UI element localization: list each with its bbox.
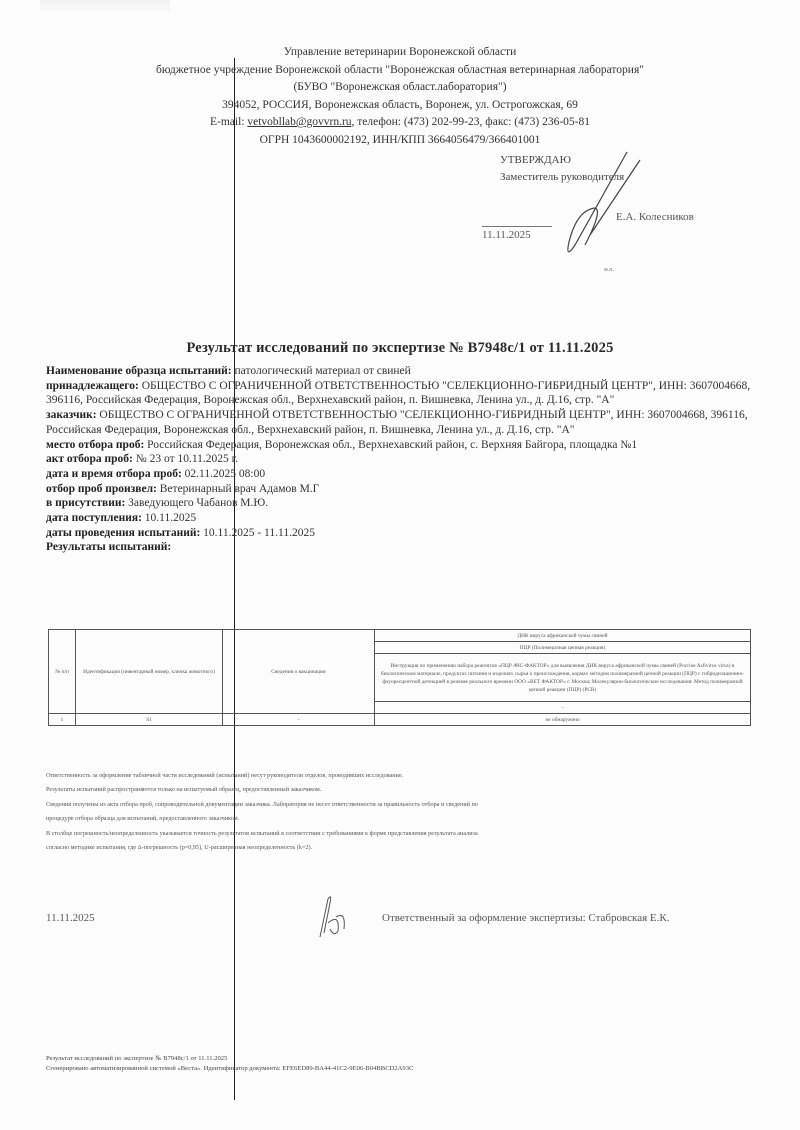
field-received-date: дата поступления: 10.11.2025 [46,511,771,526]
note-source: Сведения получены из акта отбора проб, с… [46,798,766,812]
signoff-date: 11.11.2025 [46,912,95,924]
header-ministry: Управление ветеринарии Воронежской облас… [60,44,740,62]
col-header-number: № п/п [49,630,76,714]
document-title: Результат исследований по экспертизе № В… [0,340,800,357]
field-sampler: отбор проб произвел: Ветеринарный врач А… [46,482,771,497]
footer-reference: Результат исследований по экспертизе № В… [46,1054,413,1064]
header-contacts: E-mail: vetvobllab@govvrn.ru, телефон: (… [60,114,740,132]
cell-result: не обнаружено [375,714,751,726]
field-sampling-datetime: дата и время отбора проб: 02.11.2025 08:… [46,467,771,482]
col-header-blank: - [375,702,751,714]
col-header-vaccination: Сведения о вакцинации [223,630,375,714]
note-responsibility: Ответственность за оформление табличной … [46,769,766,783]
email-label: E-mail: [210,116,245,128]
field-test-dates: даты проведения испытаний: 10.11.2025 - … [46,526,771,541]
note-uncertainty: В столбце погрешность/неопределенность у… [46,827,766,841]
notes: Ответственность за оформление табличной … [46,769,766,855]
field-sample-name: Наименование образца испытаний: патологи… [46,364,771,379]
note-uncertainty-cont: согласно методике испытания, где Δ-погре… [46,841,766,855]
note-source-cont: процедуре отбора образца для испытаний, … [46,812,766,826]
col-header-method: ПЦР (Полимеразная цепная реакция) [375,642,751,654]
letterhead: Управление ветеринарии Воронежской облас… [60,44,740,149]
field-owner: принадлежащего: ОБЩЕСТВО С ОГРАНИЧЕННОЙ … [46,379,771,408]
field-results-heading: Результаты испытаний: [46,540,771,555]
document-footer: Результат исследований по экспертизе № В… [46,1054,413,1073]
header-ogrn: ОГРН 1043600002192, ИНН/КПП 3664056479/3… [60,132,740,150]
field-sampling-act: акт отбора проб: № 23 от 10.11.2025 г. [46,452,771,467]
sample-details: Наименование образца испытаний: патологи… [46,364,771,555]
cell-number: 1 [49,714,76,726]
header-address: 394052, РОССИЯ, Воронежская область, Вор… [60,97,740,115]
field-customer: заказчик: ОБЩЕСТВО С ОГРАНИЧЕННОЙ ОТВЕТС… [46,408,771,437]
col-header-normative-doc: Инструкция по применению набора реагенто… [375,654,751,702]
signature-icon [555,150,645,260]
approval-date: 11.11.2025 [482,226,552,244]
header-institution: бюджетное учреждение Воронежской области… [60,62,740,80]
col-header-pathogen: ДНК вируса африканской чумы свиней [375,630,751,642]
scan-artifact [40,0,170,12]
field-witness: в присутствии: Заведующего Чабанов М.Ю. [46,496,771,511]
table-row: 1 S1 - не обнаружено [49,714,751,726]
footer-document-id: Сгенерировано автоматизированной системо… [46,1064,413,1074]
scan-line-artifact [234,58,235,1100]
field-sampling-site: место отбора проб: Российская Федерация,… [46,438,771,453]
results-table: № п/п Идентификация (инвентарный номер, … [48,629,751,726]
note-scope: Результаты испытаний распространяются то… [46,783,766,797]
header-short-name: (БУВО "Воронежская област.лаборатория") [60,79,740,97]
responsible-person: Ответственный за оформление экспертизы: … [382,912,669,924]
cell-vaccination: - [223,714,375,726]
cell-identification: S1 [76,714,223,726]
col-header-identification: Идентификация (инвентарный номер, кличка… [76,630,223,714]
seal-place: м.п. [604,262,614,279]
signature-icon [310,893,350,938]
email-link[interactable]: vetvobllab@govvrn.ru [247,116,351,128]
phone-fax: , телефон: (473) 202-99-23, факс: (473) … [352,116,590,128]
